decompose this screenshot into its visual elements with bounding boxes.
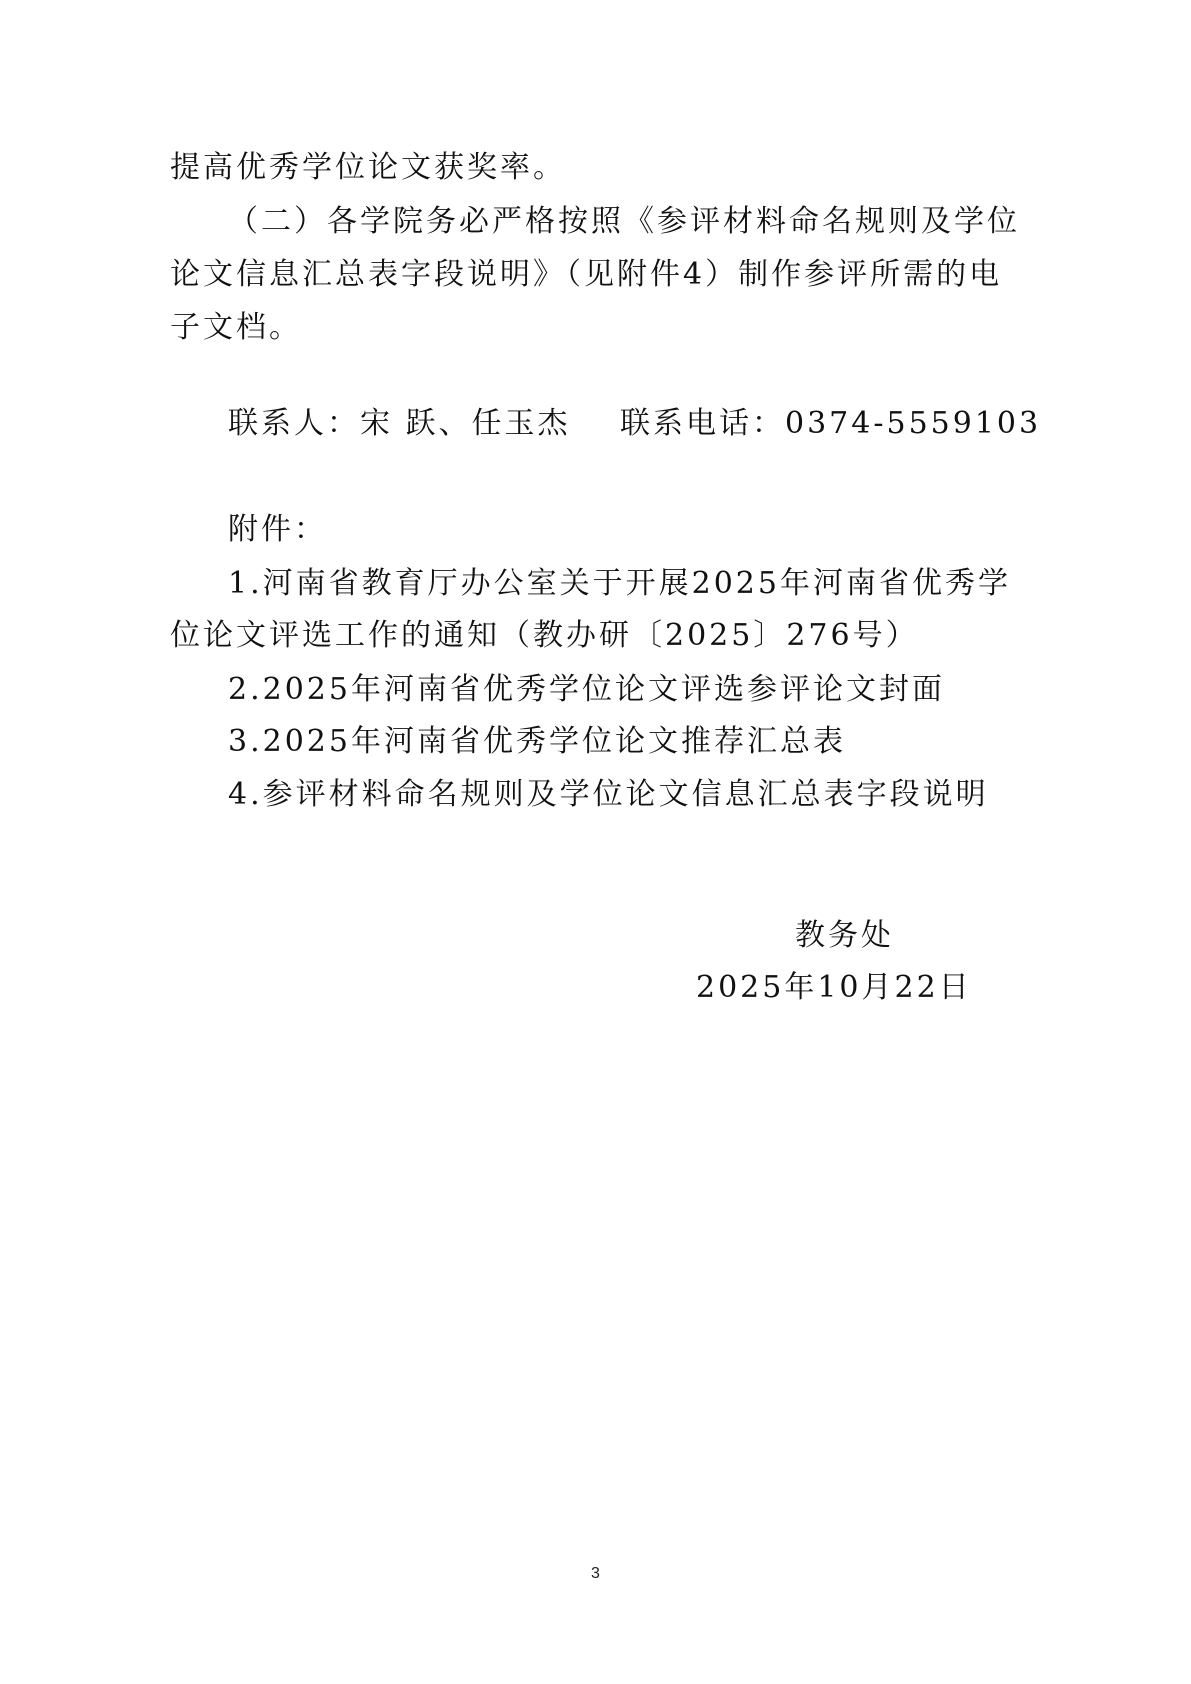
paragraph-line: 子文档。 [170,308,302,348]
paragraph-line: （二）各学院务必严格按照《参评材料命名规则及学位 [228,202,1020,242]
paragraph-line: 论文信息汇总表字段说明》（见附件4）制作参评所需的电 [170,255,1002,295]
attachment-item-continued: 位论文评选工作的通知（教办研〔2025〕276号） [170,616,919,656]
attachment-item: 3.2025年河南省优秀学位论文推荐汇总表 [228,722,846,762]
page-number: 3 [0,1565,1191,1583]
signature-office: 教务处 [795,916,894,956]
signature-date: 2025年10月22日 [696,968,972,1008]
contact-person: 联系人：宋 跃、任玉杰 [228,404,571,444]
attachment-item: 1.河南省教育厅办公室关于开展2025年河南省优秀学 [228,564,1011,604]
attachment-item: 2.2025年河南省优秀学位论文评选参评论文封面 [228,670,945,710]
document-page: 提高优秀学位论文获奖率。 （二）各学院务必严格按照《参评材料命名规则及学位 论文… [0,0,1191,1684]
contact-phone: 联系电话：0374-5559103 [620,404,1041,444]
attachment-item: 4.参评材料命名规则及学位论文信息汇总表字段说明 [228,775,989,815]
attachments-heading: 附件： [228,510,327,550]
paragraph-line: 提高优秀学位论文获奖率。 [170,148,566,188]
